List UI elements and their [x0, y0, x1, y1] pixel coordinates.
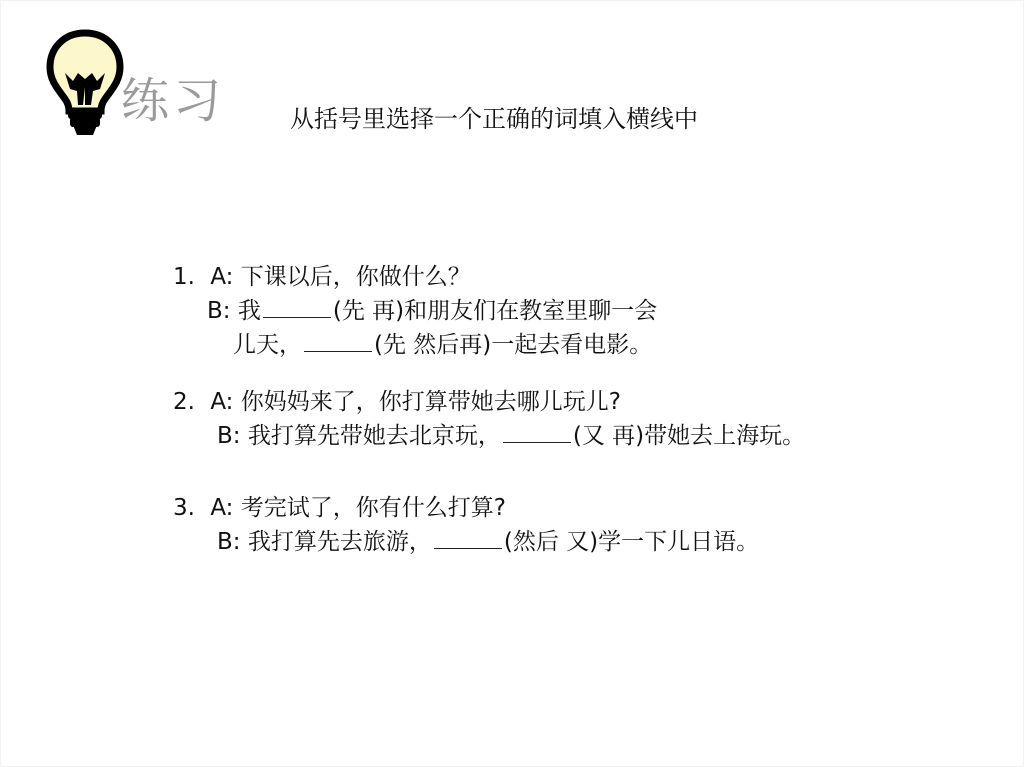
lightbulb-icon — [45, 29, 125, 139]
page-title: 练习 — [121, 77, 225, 125]
speaker-a-label: A: — [210, 389, 233, 415]
exercise-3: 3. A: 考完试了，你有什么打算? B: 我打算先去旅游，(然后 又)学一下儿… — [173, 491, 759, 559]
exercise-1-b-continuation: 儿天，(先 然后再)一起去看电影。 — [173, 328, 657, 362]
exercise-number: 1. — [173, 260, 203, 294]
speaker-b-text: 儿天， — [233, 332, 302, 358]
instruction-text: 从括号里选择一个正确的词填入横线中 — [290, 105, 698, 134]
speaker-a-text: 下课以后，你做什么？ — [241, 264, 471, 290]
speaker-b-text: (先 再)和朋友们在教室里聊一会 — [333, 298, 657, 324]
speaker-b-text: 我打算先去旅游， — [248, 529, 432, 555]
exercise-1-b-line: B: 我(先 再)和朋友们在教室里聊一会 — [173, 294, 657, 328]
speaker-b-text: (先 然后再)一起去看电影。 — [374, 332, 652, 358]
answer-blank[interactable] — [434, 528, 502, 549]
exercise-2-b-line: B: 我打算先带她去北京玩，(又 再)带她去上海玩。 — [173, 419, 805, 453]
exercise-2-a-line: 2. A: 你妈妈来了，你打算带她去哪儿玩儿? — [173, 385, 805, 419]
speaker-a-label: A: — [210, 495, 233, 521]
speaker-b-label: B: — [217, 423, 241, 449]
speaker-b-text: (然后 又)学一下儿日语。 — [504, 529, 759, 555]
exercise-2: 2. A: 你妈妈来了，你打算带她去哪儿玩儿? B: 我打算先带她去北京玩，(又… — [173, 385, 805, 453]
answer-blank[interactable] — [503, 422, 571, 443]
exercise-1: 1. A: 下课以后，你做什么？ B: 我(先 再)和朋友们在教室里聊一会 儿天… — [173, 260, 657, 362]
speaker-b-text: 我打算先带她去北京玩， — [248, 423, 501, 449]
answer-blank[interactable] — [263, 297, 331, 318]
exercise-number: 3. — [173, 491, 203, 525]
speaker-a-text: 你妈妈来了，你打算带她去哪儿玩儿? — [241, 389, 621, 415]
speaker-a-text: 考完试了，你有什么打算? — [241, 495, 506, 521]
exercise-3-a-line: 3. A: 考完试了，你有什么打算? — [173, 491, 759, 525]
exercise-1-a-line: 1. A: 下课以后，你做什么？ — [173, 260, 657, 294]
exercise-number: 2. — [173, 385, 203, 419]
speaker-b-label: B: — [217, 529, 241, 555]
answer-blank[interactable] — [304, 331, 372, 352]
exercise-3-b-line: B: 我打算先去旅游，(然后 又)学一下儿日语。 — [173, 525, 759, 559]
slide: 练习 从括号里选择一个正确的词填入横线中 1. A: 下课以后，你做什么？ B:… — [0, 0, 1024, 767]
speaker-b-label: B: — [207, 298, 231, 324]
speaker-b-text: (又 再)带她去上海玩。 — [573, 423, 805, 449]
speaker-b-text: 我 — [238, 298, 261, 324]
speaker-a-label: A: — [210, 264, 233, 290]
